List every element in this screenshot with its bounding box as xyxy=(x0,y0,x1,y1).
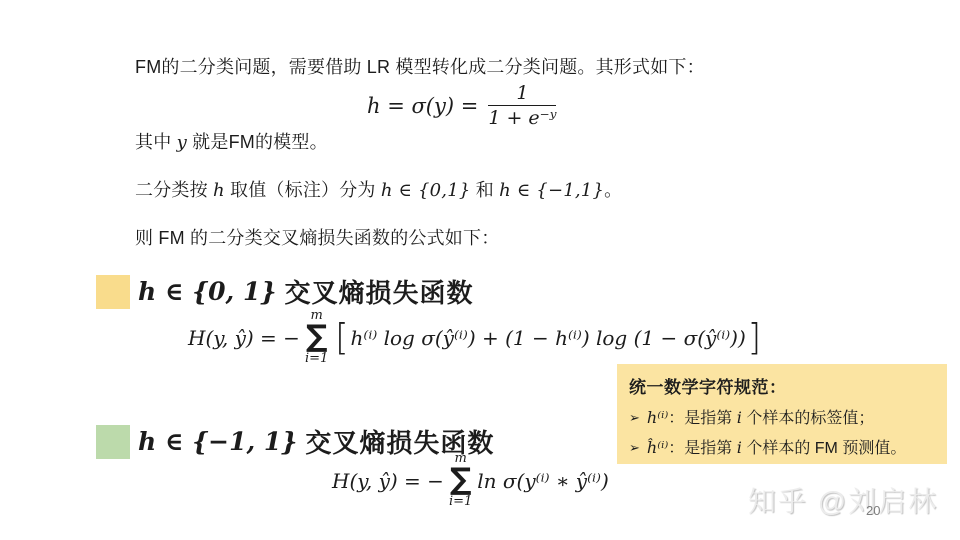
label-values-paragraph: 二分类按 h 取值（标注）分为 h ∈ {0,1} 和 h ∈ {−1,1}。 xyxy=(135,179,622,203)
section1-label: 交叉熵损失函数 xyxy=(284,273,473,310)
note-item-text: ĥ⁽ⁱ⁾：是指第 i 个样本的 FM 预测值。 xyxy=(647,435,906,458)
intro-paragraph: FM的二分类问题，需要借助 LR 模型转化成二分类问题。其形式如下： xyxy=(135,56,705,79)
arrow-bullet-icon: ➢ xyxy=(629,410,640,426)
section1-marker-square xyxy=(96,275,130,309)
section2-marker-square xyxy=(96,425,130,459)
fm-model-paragraph: 其中 y 就是FM的模型。 xyxy=(135,131,328,155)
zhihu-watermark: 知乎 @刘启林 xyxy=(748,480,938,520)
formula2-lhs: H(y, ŷ) = − xyxy=(332,469,444,493)
cross-entropy-formula-01: H(y, ŷ) = − m ∑ i=1 [ h⁽ⁱ⁾ log σ(ŷ⁽ⁱ⁾) +… xyxy=(188,309,763,366)
summation-symbol: m ∑ i=1 xyxy=(449,452,472,509)
note-box-title: 统一数学字符规范： xyxy=(629,373,935,398)
close-bracket: ] xyxy=(748,319,761,356)
formula2-body: ln σ(y⁽ⁱ⁾ ∗ ŷ⁽ⁱ⁾) xyxy=(477,469,609,493)
sigmoid-lhs: h = σ(y) = xyxy=(367,94,478,118)
sigmoid-fraction: 1 1 + e⁻ʸ xyxy=(488,82,556,129)
sigma-sum-icon: ∑ xyxy=(306,323,328,352)
note-item: ➢ ĥ⁽ⁱ⁾：是指第 i 个样本的 FM 预测值。 xyxy=(629,435,935,458)
sum-lower-limit: i=1 xyxy=(305,352,328,366)
arrow-bullet-icon: ➢ xyxy=(629,440,640,456)
summation-symbol: m ∑ i=1 xyxy=(305,309,328,366)
fraction-numerator: 1 xyxy=(488,82,556,106)
formula-intro-paragraph: 则 FM 的二分类交叉熵损失函数的公式如下： xyxy=(135,227,499,250)
note-item-text: h⁽ⁱ⁾：是指第 i 个样本的标签值； xyxy=(647,405,874,428)
sigmoid-formula: h = σ(y) = 1 1 + e⁻ʸ xyxy=(367,82,556,129)
section1-math: h ∈ {0, 1} xyxy=(138,277,276,306)
sigma-sum-icon: ∑ xyxy=(450,466,472,495)
formula1-body: h⁽ⁱ⁾ log σ(ŷ⁽ⁱ⁾) + (1 − h⁽ⁱ⁾) log (1 − σ… xyxy=(351,326,746,350)
page-number: 20 xyxy=(866,503,880,518)
notation-note-box: 统一数学字符规范： ➢ h⁽ⁱ⁾：是指第 i 个样本的标签值； ➢ ĥ⁽ⁱ⁾：是… xyxy=(617,364,947,464)
section2-math: h ∈ {−1, 1} xyxy=(138,427,297,456)
sum-lower-limit: i=1 xyxy=(449,495,472,509)
presentation-slide: FM的二分类问题，需要借助 LR 模型转化成二分类问题。其形式如下： h = σ… xyxy=(0,0,960,540)
note-item: ➢ h⁽ⁱ⁾：是指第 i 个样本的标签值； xyxy=(629,405,935,428)
open-bracket: [ xyxy=(335,319,348,356)
section1-header: h ∈ {0, 1} 交叉熵损失函数 xyxy=(96,273,473,310)
cross-entropy-formula-neg11: H(y, ŷ) = − m ∑ i=1 ln σ(y⁽ⁱ⁾ ∗ ŷ⁽ⁱ⁾) xyxy=(332,452,609,509)
formula1-lhs: H(y, ŷ) = − xyxy=(188,326,300,350)
fraction-denominator: 1 + e⁻ʸ xyxy=(488,106,556,129)
